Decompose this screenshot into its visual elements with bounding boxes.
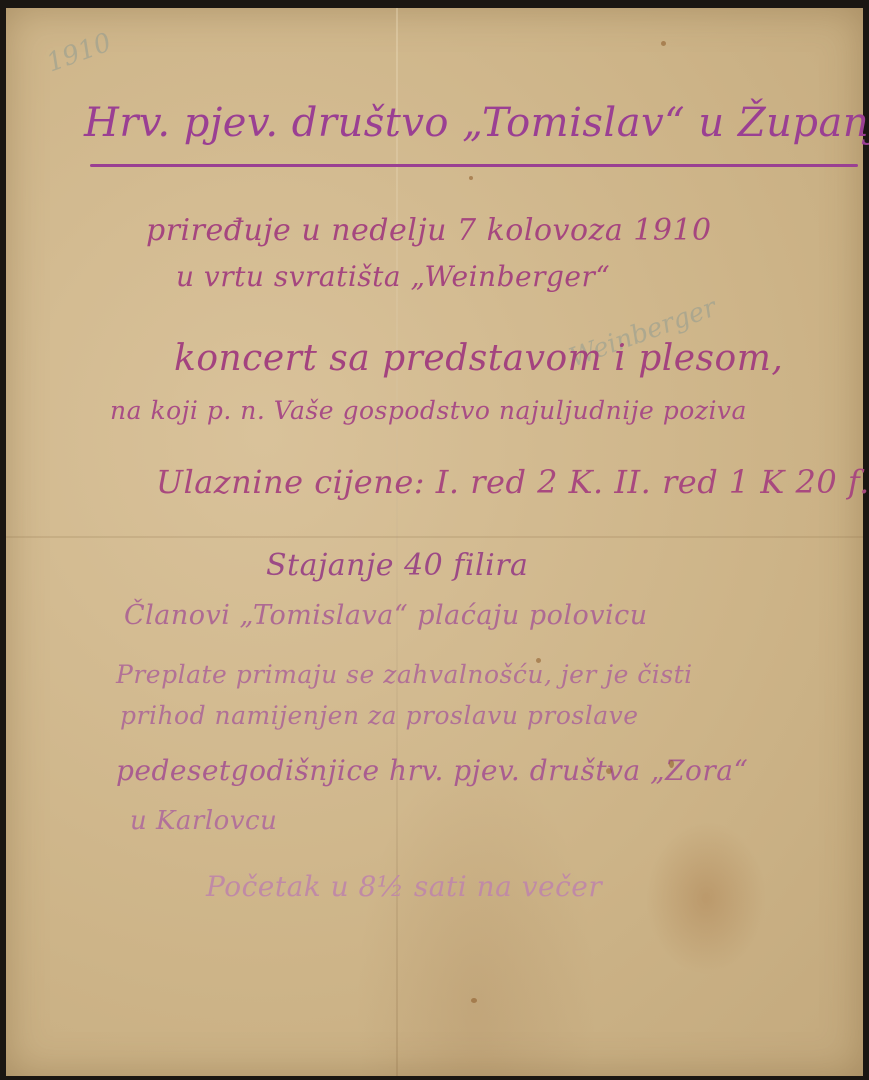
event-title-line: koncert sa predstavom i plesom, [174,338,783,379]
ticket-prices-line: Ulaznine cijene: I. red 2 K. II. red 1 K… [156,463,869,501]
standing-price-line: Stajanje 40 filira [266,548,528,583]
members-note-line: Članovi „Tomislava“ plaćaju polovicu [124,600,648,631]
venue-line: u vrtu svratišta „Weinberger“ [176,260,610,293]
stain-spot [536,658,541,663]
paper-fold-vertical [396,8,398,1076]
heading-underline [90,164,858,167]
start-time-line: Početak u 8½ sati na večer [206,870,602,903]
proceeds-line: prihod namijenjen za proslavu proslave [120,701,639,730]
stain-spot [471,998,477,1003]
donations-line: Preplate primaju se zahvalnošću, jer je … [116,660,693,689]
location-line: u Karlovcu [130,806,277,836]
stain-spot [469,176,473,180]
document-page: 1910 Weinberger Hrv. pjev. društvo „Tomi… [6,8,863,1076]
faint-pencil-mark: 1910 [43,28,115,79]
anniversary-line: pedesetgodišnjice hrv. pjev. društva „Zo… [116,754,748,787]
paper-fold-horizontal [6,536,863,538]
event-date-line: priređuje u nedelju 7 kolovoza 1910 [146,213,712,248]
invitation-line: na koji p. n. Vaše gospodstvo najuljudni… [110,396,747,425]
stain-spot [669,760,674,768]
stain-spot [606,768,612,774]
document-heading: Hrv. pjev. društvo „Tomislav“ u Županji [84,100,869,146]
stain-spot [661,41,666,46]
